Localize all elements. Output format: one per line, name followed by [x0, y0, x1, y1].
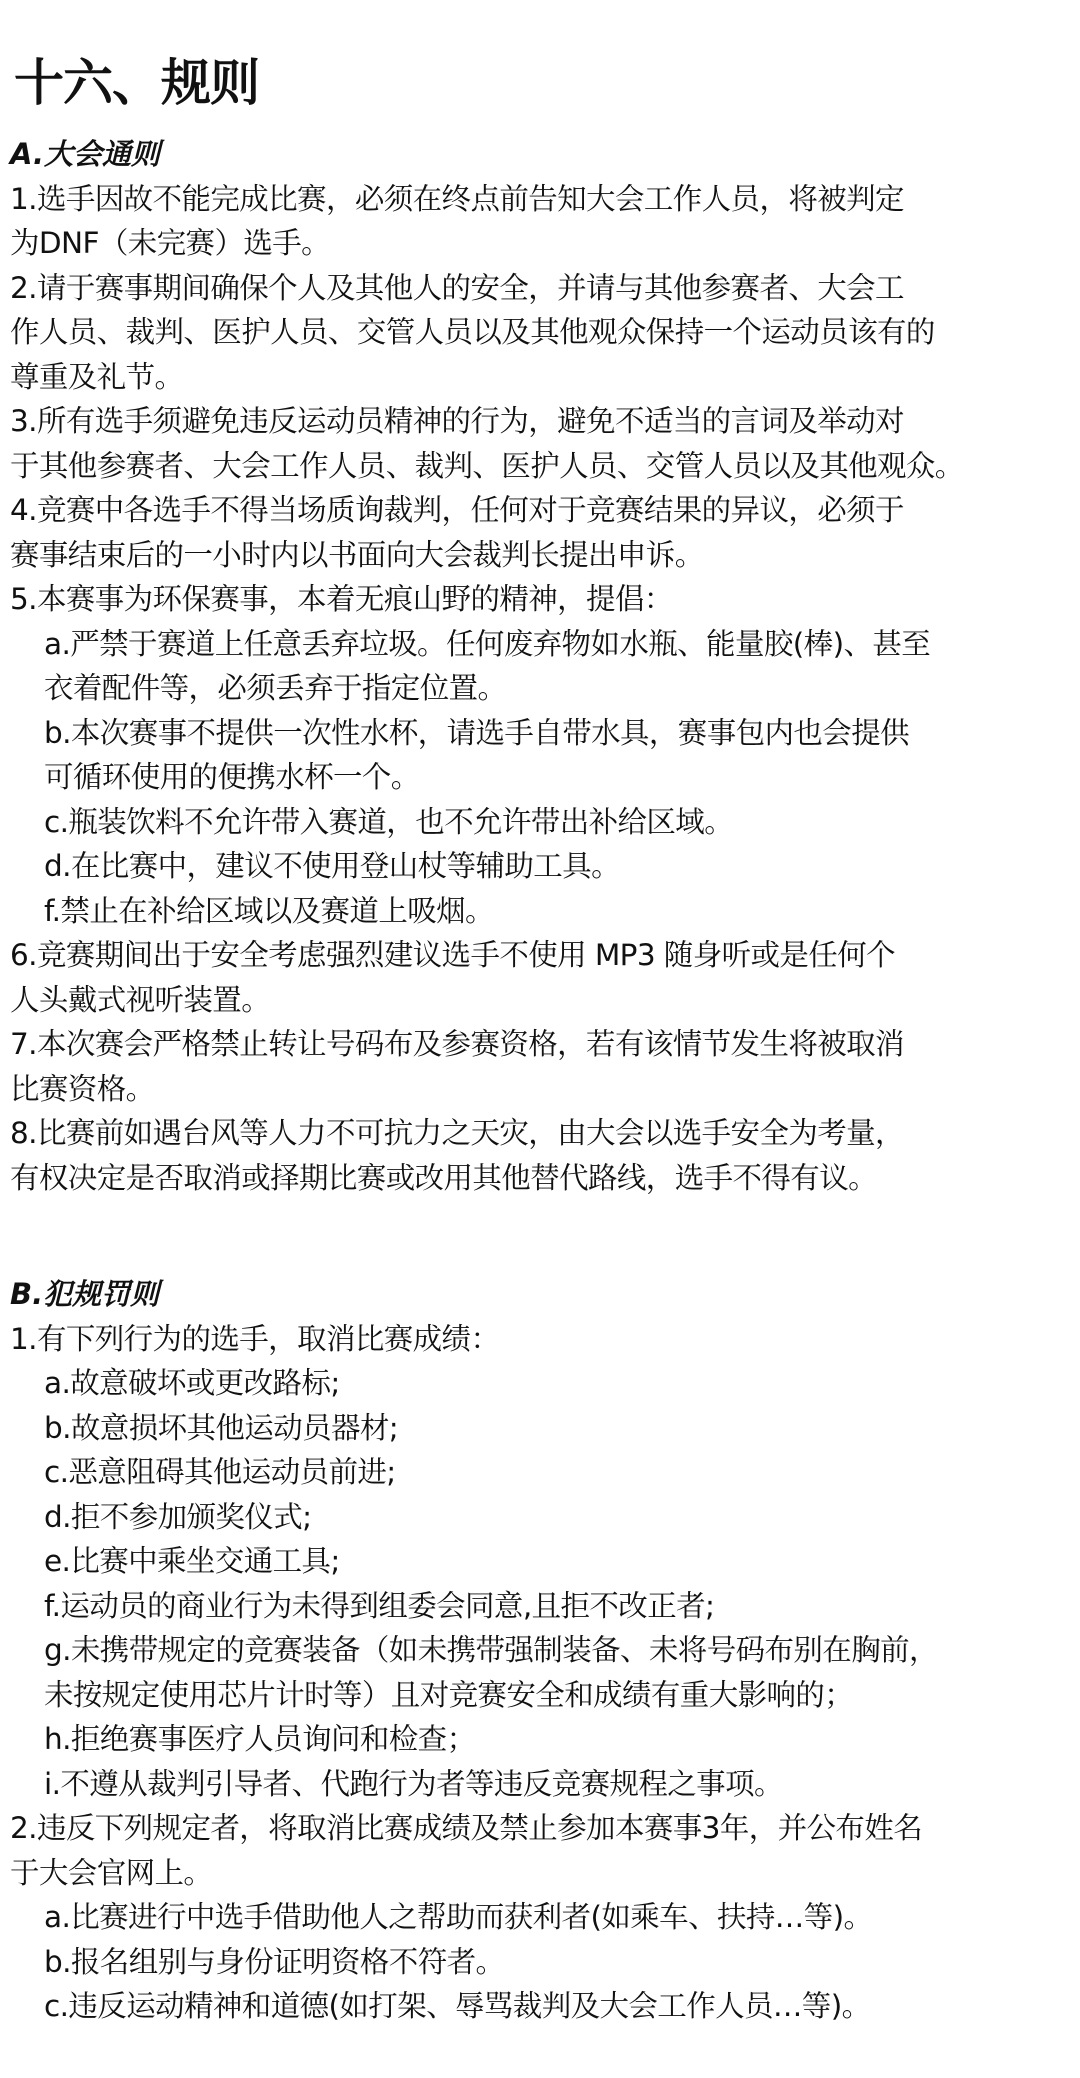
section-general-rules: A.大会通则 1.选手因故不能完成比赛，必须在终点前告知大会工作人员，将被判定为… — [10, 132, 964, 1200]
sub-rule-line: b.本次赛事不提供一次性水杯，请选手自带水具，赛事包内也会提供 — [10, 711, 964, 756]
rule-line: 2.请于赛事期间确保个人及其他人的安全，并请与其他参赛者、大会工 — [10, 266, 964, 311]
rule-line: 5.本赛事为环保赛事，本着无痕山野的精神，提倡： — [10, 577, 964, 622]
sub-rule-line: c.违反运动精神和道德(如打架、辱骂裁判及大会工作人员…等)。 — [10, 1984, 938, 2029]
sub-rule-line: e.比赛中乘坐交通工具; — [10, 1539, 938, 1584]
rule-line: 于其他参赛者、大会工作人员、裁判、医护人员、交管人员以及其他观众。 — [10, 444, 964, 489]
sub-rule-line: a.严禁于赛道上任意丢弃垃圾。任何废弃物如水瓶、能量胶(棒)、甚至 — [10, 622, 964, 667]
sub-rule-line: 可循环使用的便携水杯一个。 — [10, 755, 964, 800]
sub-rule-line: a.比赛进行中选手借助他人之帮助而获利者(如乘车、扶持…等)。 — [10, 1895, 938, 1940]
sub-rule-line: 未按规定使用芯片计时等）且对竞赛安全和成绩有重大影响的； — [10, 1673, 938, 1718]
section-heading: A.大会通则 — [10, 132, 964, 177]
rule-line: 7.本次赛会严格禁止转让号码布及参赛资格，若有该情节发生将被取消 — [10, 1022, 964, 1067]
sub-rule-line: d.在比赛中，建议不使用登山杖等辅助工具。 — [10, 844, 964, 889]
rule-line: 作人员、裁判、医护人员、交管人员以及其他观众保持一个运动员该有的 — [10, 310, 964, 355]
rule-line: 2.违反下列规定者，将取消比赛成绩及禁止参加本赛事3年，并公布姓名 — [10, 1806, 938, 1851]
section-penalties-list: 1.有下列行为的选手，取消比赛成绩：a.故意破坏或更改路标;b.故意损坏其他运动… — [10, 1317, 938, 2029]
sub-rule-line: f.禁止在补给区域以及赛道上吸烟。 — [10, 889, 964, 934]
sub-rule-line: d.拒不参加颁奖仪式; — [10, 1495, 938, 1540]
rule-line: 8.比赛前如遇台风等人力不可抗力之天灾，由大会以选手安全为考量， — [10, 1111, 964, 1156]
rule-line: 有权决定是否取消或择期比赛或改用其他替代路线，选手不得有议。 — [10, 1156, 964, 1201]
sub-rule-line: 衣着配件等，必须丢弃于指定位置。 — [10, 666, 964, 711]
rule-line: 尊重及礼节。 — [10, 355, 964, 400]
section-general-rules-list: 1.选手因故不能完成比赛，必须在终点前告知大会工作人员，将被判定为DNF（未完赛… — [10, 177, 964, 1201]
section-heading: B.犯规罚则 — [10, 1272, 938, 1317]
rule-line: 3.所有选手须避免违反运动员精神的行为，避免不适当的言词及举动对 — [10, 399, 964, 444]
sub-rule-line: c.恶意阻碍其他运动员前进; — [10, 1450, 938, 1495]
sub-rule-line: b.故意损坏其他运动员器材; — [10, 1406, 938, 1451]
sub-rule-line: a.故意破坏或更改路标; — [10, 1361, 938, 1406]
sub-rule-line: g.未携带规定的竞赛装备（如未携带强制装备、未将号码布别在胸前， — [10, 1628, 938, 1673]
rule-line: 赛事结束后的一小时内以书面向大会裁判长提出申诉。 — [10, 533, 964, 578]
rule-line: 6.竞赛期间出于安全考虑强烈建议选手不使用 MP3 随身听或是任何个 — [10, 933, 964, 978]
rule-line: 于大会官网上。 — [10, 1851, 938, 1896]
rule-line: 4.竞赛中各选手不得当场质询裁判，任何对于竞赛结果的异议，必须于 — [10, 488, 964, 533]
sub-rule-line: i.不遵从裁判引导者、代跑行为者等违反竞赛规程之事项。 — [10, 1762, 938, 1807]
rule-line: 比赛资格。 — [10, 1067, 964, 1112]
sub-rule-line: f.运动员的商业行为未得到组委会同意,且拒不改正者; — [10, 1584, 938, 1629]
rule-line: 为DNF（未完赛）选手。 — [10, 221, 964, 266]
section-penalties: B.犯规罚则 1.有下列行为的选手，取消比赛成绩：a.故意破坏或更改路标;b.故… — [10, 1272, 938, 2029]
rule-line: 1.选手因故不能完成比赛，必须在终点前告知大会工作人员，将被判定 — [10, 177, 964, 222]
page-title: 十六、规则 — [14, 48, 259, 118]
sub-rule-line: c.瓶装饮料不允许带入赛道，也不允许带出补给区域。 — [10, 800, 964, 845]
rule-line: 1.有下列行为的选手，取消比赛成绩： — [10, 1317, 938, 1362]
sub-rule-line: h.拒绝赛事医疗人员询问和检查； — [10, 1717, 938, 1762]
rule-line: 人头戴式视听装置。 — [10, 978, 964, 1023]
sub-rule-line: b.报名组别与身份证明资格不符者。 — [10, 1940, 938, 1985]
